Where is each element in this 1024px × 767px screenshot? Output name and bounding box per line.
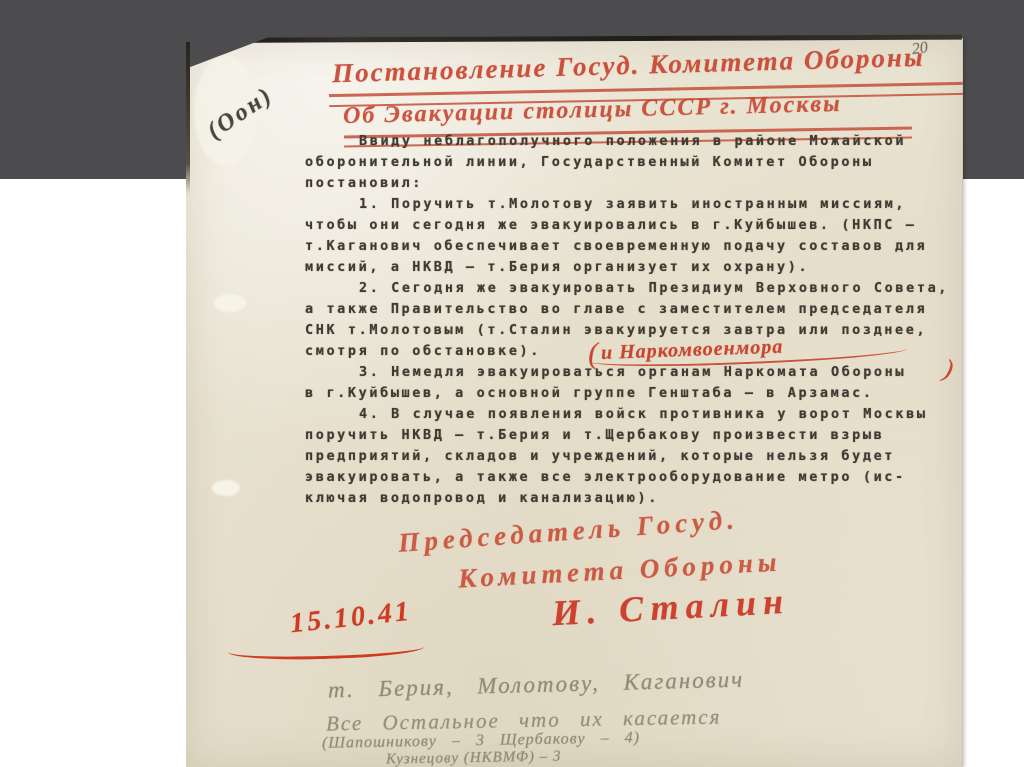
typed-line: оборонительной линии, Государственный Ко… <box>305 152 953 173</box>
typed-line: постановил: <box>305 173 953 194</box>
typed-line: т.Каганович обеспечивает своевременную п… <box>305 236 953 257</box>
typed-line: ключая водопровод и канализацию). <box>305 488 953 509</box>
typed-line: миссий, а НКВД – т.Берия организует их о… <box>305 257 953 278</box>
typed-line: предприятий, складов и учреждений, котор… <box>305 446 953 467</box>
typed-line: в г.Куйбышев, а основной группе Генштаба… <box>305 383 953 404</box>
stalin-signature: И. Сталин <box>551 580 791 634</box>
scan-left-edge <box>186 42 190 194</box>
typed-line: 2. Сегодня же эвакуировать Президиум Вер… <box>305 278 953 299</box>
typed-line: 1. Поручить т.Молотову заявить иностранн… <box>305 194 953 215</box>
signature-date: 15.10.41 <box>289 596 414 641</box>
date-underline <box>228 637 425 663</box>
typed-line: Ввиду неблагополучного положения в район… <box>305 131 953 152</box>
typed-line: а также Правительство во главе с замести… <box>305 299 953 320</box>
pencil-distribution-line1: т. Берия, Молотову, Каганович <box>328 667 745 704</box>
paper-hole <box>212 480 240 496</box>
paper-hole <box>214 294 246 312</box>
typed-line: 4. В случае появления войск противника у… <box>305 404 953 425</box>
pencil-distribution-line4: Кузнецову (НКВМФ) – 3 <box>386 748 562 767</box>
slide-background: 20 (Оон) Постановление Госуд. Комитета О… <box>0 0 1024 767</box>
typed-line: чтобы они сегодня же эвакуировались в г.… <box>305 215 953 236</box>
typed-line: эвакуировать, а также все электрооборудо… <box>305 467 953 488</box>
typed-line: поручить НКВД – т.Берия и т.Щербакову пр… <box>305 425 953 446</box>
document-title-line1: Постановление Госуд. Комитета Обороны <box>332 42 925 90</box>
typed-body: Ввиду неблагополучного положения в район… <box>305 131 953 509</box>
scanned-document: 20 (Оон) Постановление Госуд. Комитета О… <box>186 38 963 767</box>
